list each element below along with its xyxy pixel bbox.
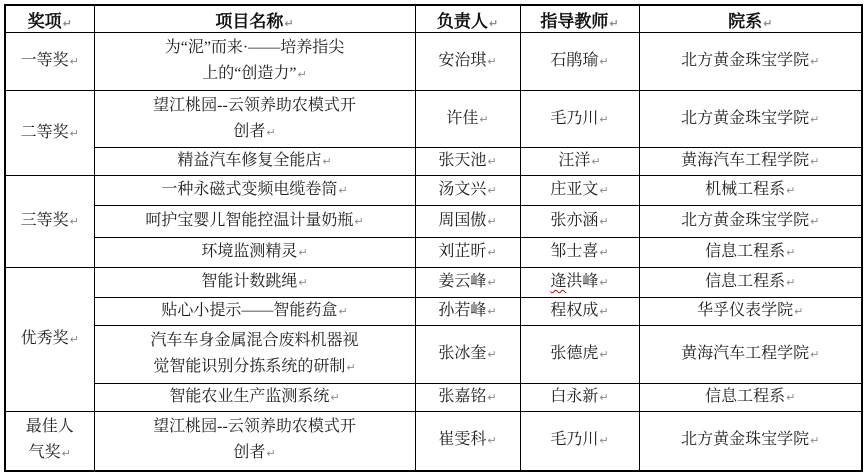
teacher-cell: 逄洪峰↵ bbox=[520, 268, 639, 298]
department-cell: 北方黄金珠宝学院↵ bbox=[639, 91, 862, 148]
department-cell: 黄海汽车工程学院↵ bbox=[639, 148, 862, 176]
department-cell: 信息工程系↵ bbox=[639, 238, 862, 268]
table-row: 呵护宝婴儿智能控温计量奶瓶↵周国傲↵张亦涵↵北方黄金珠宝学院↵ bbox=[5, 206, 862, 238]
project-name-cell: 贴心小提示——智能药盒↵ bbox=[94, 298, 415, 326]
paragraph-mark-icon: ↵ bbox=[599, 113, 608, 126]
header-project-label: 项目名称 bbox=[215, 12, 283, 31]
paragraph-mark-icon: ↵ bbox=[70, 215, 79, 228]
header-row: 奖项↵ 项目名称↵ 负责人↵ 指导教师↵ 院系↵ bbox=[5, 5, 862, 33]
teacher-cell: 汪洋↵ bbox=[520, 148, 639, 176]
table-row: 贴心小提示——智能药盒↵孙若峰↵程权成↵华孚仪表学院↵ bbox=[5, 298, 862, 326]
paragraph-mark-icon: ↵ bbox=[487, 55, 496, 68]
paragraph-mark-icon: ↵ bbox=[599, 391, 608, 404]
paragraph-mark-icon: ↵ bbox=[63, 17, 72, 30]
leader-cell: 周国傲↵ bbox=[415, 206, 520, 238]
paragraph-mark-icon: ↵ bbox=[487, 434, 496, 447]
paragraph-mark-icon: ↵ bbox=[810, 113, 819, 126]
header-teacher-label: 指导教师 bbox=[540, 12, 608, 31]
header-award: 奖项↵ bbox=[5, 5, 94, 33]
paragraph-mark-icon: ↵ bbox=[266, 447, 275, 460]
header-project: 项目名称↵ bbox=[94, 5, 415, 33]
paragraph-mark-icon: ↵ bbox=[786, 276, 795, 289]
paragraph-mark-icon: ↵ bbox=[810, 155, 819, 168]
table-row: 精益汽车修复全能店↵张天池↵汪洋↵黄海汽车工程学院↵ bbox=[5, 148, 862, 176]
project-name-cell: 一种永磁式变频电缆卷筒↵ bbox=[94, 176, 415, 206]
table-row: 三等奖↵一种永磁式变频电缆卷筒↵汤文兴↵庄亚文↵机械工程系↵ bbox=[5, 176, 862, 206]
paragraph-mark-icon: ↵ bbox=[62, 447, 71, 460]
paragraph-mark-icon: ↵ bbox=[487, 276, 496, 289]
teacher-cell: 邹士喜↵ bbox=[520, 238, 639, 268]
leader-cell: 张嘉铭↵ bbox=[415, 384, 520, 412]
leader-cell: 张冰奎↵ bbox=[415, 326, 520, 384]
paragraph-mark-icon: ↵ bbox=[487, 391, 496, 404]
paragraph-mark-icon: ↵ bbox=[322, 155, 331, 168]
paragraph-mark-icon: ↵ bbox=[599, 215, 608, 228]
paragraph-mark-icon: ↵ bbox=[599, 434, 608, 447]
leader-cell: 张天池↵ bbox=[415, 148, 520, 176]
paragraph-mark-icon: ↵ bbox=[810, 55, 819, 68]
header-leader: 负责人↵ bbox=[415, 5, 520, 33]
paragraph-mark-icon: ↵ bbox=[338, 184, 347, 197]
paragraph-mark-icon: ↵ bbox=[298, 68, 307, 81]
header-teacher: 指导教师↵ bbox=[520, 5, 639, 33]
paragraph-mark-icon: ↵ bbox=[810, 215, 819, 228]
teacher-cell: 张德虎↵ bbox=[520, 326, 639, 384]
department-cell: 黄海汽车工程学院↵ bbox=[639, 326, 862, 384]
paragraph-mark-icon: ↵ bbox=[810, 434, 819, 447]
leader-cell: 许佳↵ bbox=[415, 91, 520, 148]
paragraph-mark-icon: ↵ bbox=[330, 391, 339, 404]
table-row: 一等奖↵为“泥”而来·——培养指尖上的“创造力”↵安治琪↵石鹃瑜↵北方黄金珠宝学… bbox=[5, 33, 862, 91]
project-name-cell: 呵护宝婴儿智能控温计量奶瓶↵ bbox=[94, 206, 415, 238]
department-cell: 信息工程系↵ bbox=[639, 384, 862, 412]
paragraph-mark-icon: ↵ bbox=[487, 305, 496, 318]
paragraph-mark-icon: ↵ bbox=[487, 246, 496, 259]
paragraph-mark-icon: ↵ bbox=[599, 184, 608, 197]
paragraph-mark-icon: ↵ bbox=[599, 305, 608, 318]
table-row: 优秀奖↵智能计数跳绳↵姜云峰↵逄洪峰↵信息工程系↵ bbox=[5, 268, 862, 298]
project-name-cell: 智能计数跳绳↵ bbox=[94, 268, 415, 298]
paragraph-mark-icon: ↵ bbox=[266, 126, 275, 139]
header-department: 院系↵ bbox=[639, 5, 862, 33]
award-cell: 最佳人气奖↵ bbox=[5, 412, 94, 471]
leader-cell: 姜云峰↵ bbox=[415, 268, 520, 298]
teacher-cell: 张亦涵↵ bbox=[520, 206, 639, 238]
paragraph-mark-icon: ↵ bbox=[70, 127, 79, 140]
table-row: 环境监测精灵↵刘芷昕↵邹士喜↵信息工程系↵ bbox=[5, 238, 862, 268]
header-leader-label: 负责人 bbox=[437, 12, 488, 31]
award-cell: 三等奖↵ bbox=[5, 176, 94, 268]
department-cell: 北方黄金珠宝学院↵ bbox=[639, 412, 862, 471]
project-name-cell: 汽车车身金属混合废料机器视觉智能识别分拣系统的研制↵ bbox=[94, 326, 415, 384]
project-name-cell: 精益汽车修复全能店↵ bbox=[94, 148, 415, 176]
table-row: 最佳人气奖↵望江桃园--云领养助农模式开创者↵崔雯科↵毛乃川↵北方黄金珠宝学院↵ bbox=[5, 412, 862, 471]
paragraph-mark-icon: ↵ bbox=[599, 348, 608, 361]
table-row: 二等奖↵望江桃园--云领养助农模式开创者↵许佳↵毛乃川↵北方黄金珠宝学院↵ bbox=[5, 91, 862, 148]
leader-cell: 汤文兴↵ bbox=[415, 176, 520, 206]
paragraph-mark-icon: ↵ bbox=[487, 155, 496, 168]
department-cell: 华孚仪表学院↵ bbox=[639, 298, 862, 326]
award-cell: 二等奖↵ bbox=[5, 91, 94, 176]
teacher-cell: 白永新↵ bbox=[520, 384, 639, 412]
table-row: 汽车车身金属混合废料机器视觉智能识别分拣系统的研制↵张冰奎↵张德虎↵黄海汽车工程… bbox=[5, 326, 862, 384]
award-cell: 一等奖↵ bbox=[5, 33, 94, 91]
paragraph-mark-icon: ↵ bbox=[599, 276, 608, 289]
paragraph-mark-icon: ↵ bbox=[786, 246, 795, 259]
department-cell: 信息工程系↵ bbox=[639, 268, 862, 298]
paragraph-mark-icon: ↵ bbox=[354, 215, 363, 228]
paragraph-mark-icon: ↵ bbox=[489, 17, 498, 30]
paragraph-mark-icon: ↵ bbox=[786, 184, 795, 197]
header-department-label: 院系 bbox=[728, 12, 762, 31]
spellcheck-underlined-text: 逄 bbox=[550, 273, 566, 290]
teacher-cell: 毛乃川↵ bbox=[520, 91, 639, 148]
teacher-cell: 程权成↵ bbox=[520, 298, 639, 326]
header-award-label: 奖项 bbox=[28, 12, 62, 31]
paragraph-mark-icon: ↵ bbox=[591, 155, 600, 168]
paragraph-mark-icon: ↵ bbox=[763, 17, 772, 30]
project-name-cell: 望江桃园--云领养助农模式开创者↵ bbox=[94, 91, 415, 148]
paragraph-mark-icon: ↵ bbox=[70, 55, 79, 68]
award-cell: 优秀奖↵ bbox=[5, 268, 94, 412]
project-name-cell: 环境监测精灵↵ bbox=[94, 238, 415, 268]
table-row: 智能农业生产监测系统↵张嘉铭↵白永新↵信息工程系↵ bbox=[5, 384, 862, 412]
leader-cell: 安治琪↵ bbox=[415, 33, 520, 91]
paragraph-mark-icon: ↵ bbox=[609, 17, 618, 30]
department-cell: 北方黄金珠宝学院↵ bbox=[639, 206, 862, 238]
paragraph-mark-icon: ↵ bbox=[346, 361, 355, 374]
paragraph-mark-icon: ↵ bbox=[810, 348, 819, 361]
paragraph-mark-icon: ↵ bbox=[599, 246, 608, 259]
project-name-cell: 为“泥”而来·——培养指尖上的“创造力”↵ bbox=[94, 33, 415, 91]
paragraph-mark-icon: ↵ bbox=[284, 17, 293, 30]
paragraph-mark-icon: ↵ bbox=[338, 305, 347, 318]
department-cell: 北方黄金珠宝学院↵ bbox=[639, 33, 862, 91]
awards-table: 奖项↵ 项目名称↵ 负责人↵ 指导教师↵ 院系↵ 一等奖↵为“泥”而来·——培养… bbox=[4, 4, 863, 472]
teacher-cell: 石鹃瑜↵ bbox=[520, 33, 639, 91]
leader-cell: 孙若峰↵ bbox=[415, 298, 520, 326]
paragraph-mark-icon: ↵ bbox=[786, 391, 795, 404]
paragraph-mark-icon: ↵ bbox=[479, 113, 488, 126]
leader-cell: 刘芷昕↵ bbox=[415, 238, 520, 268]
paragraph-mark-icon: ↵ bbox=[794, 305, 803, 318]
project-name-cell: 望江桃园--云领养助农模式开创者↵ bbox=[94, 412, 415, 471]
teacher-cell: 庄亚文↵ bbox=[520, 176, 639, 206]
project-name-cell: 智能农业生产监测系统↵ bbox=[94, 384, 415, 412]
leader-cell: 崔雯科↵ bbox=[415, 412, 520, 471]
paragraph-mark-icon: ↵ bbox=[70, 333, 79, 346]
paragraph-mark-icon: ↵ bbox=[298, 276, 307, 289]
paragraph-mark-icon: ↵ bbox=[599, 55, 608, 68]
paragraph-mark-icon: ↵ bbox=[487, 215, 496, 228]
teacher-cell: 毛乃川↵ bbox=[520, 412, 639, 471]
paragraph-mark-icon: ↵ bbox=[487, 184, 496, 197]
paragraph-mark-icon: ↵ bbox=[487, 348, 496, 361]
department-cell: 机械工程系↵ bbox=[639, 176, 862, 206]
paragraph-mark-icon: ↵ bbox=[298, 246, 307, 259]
